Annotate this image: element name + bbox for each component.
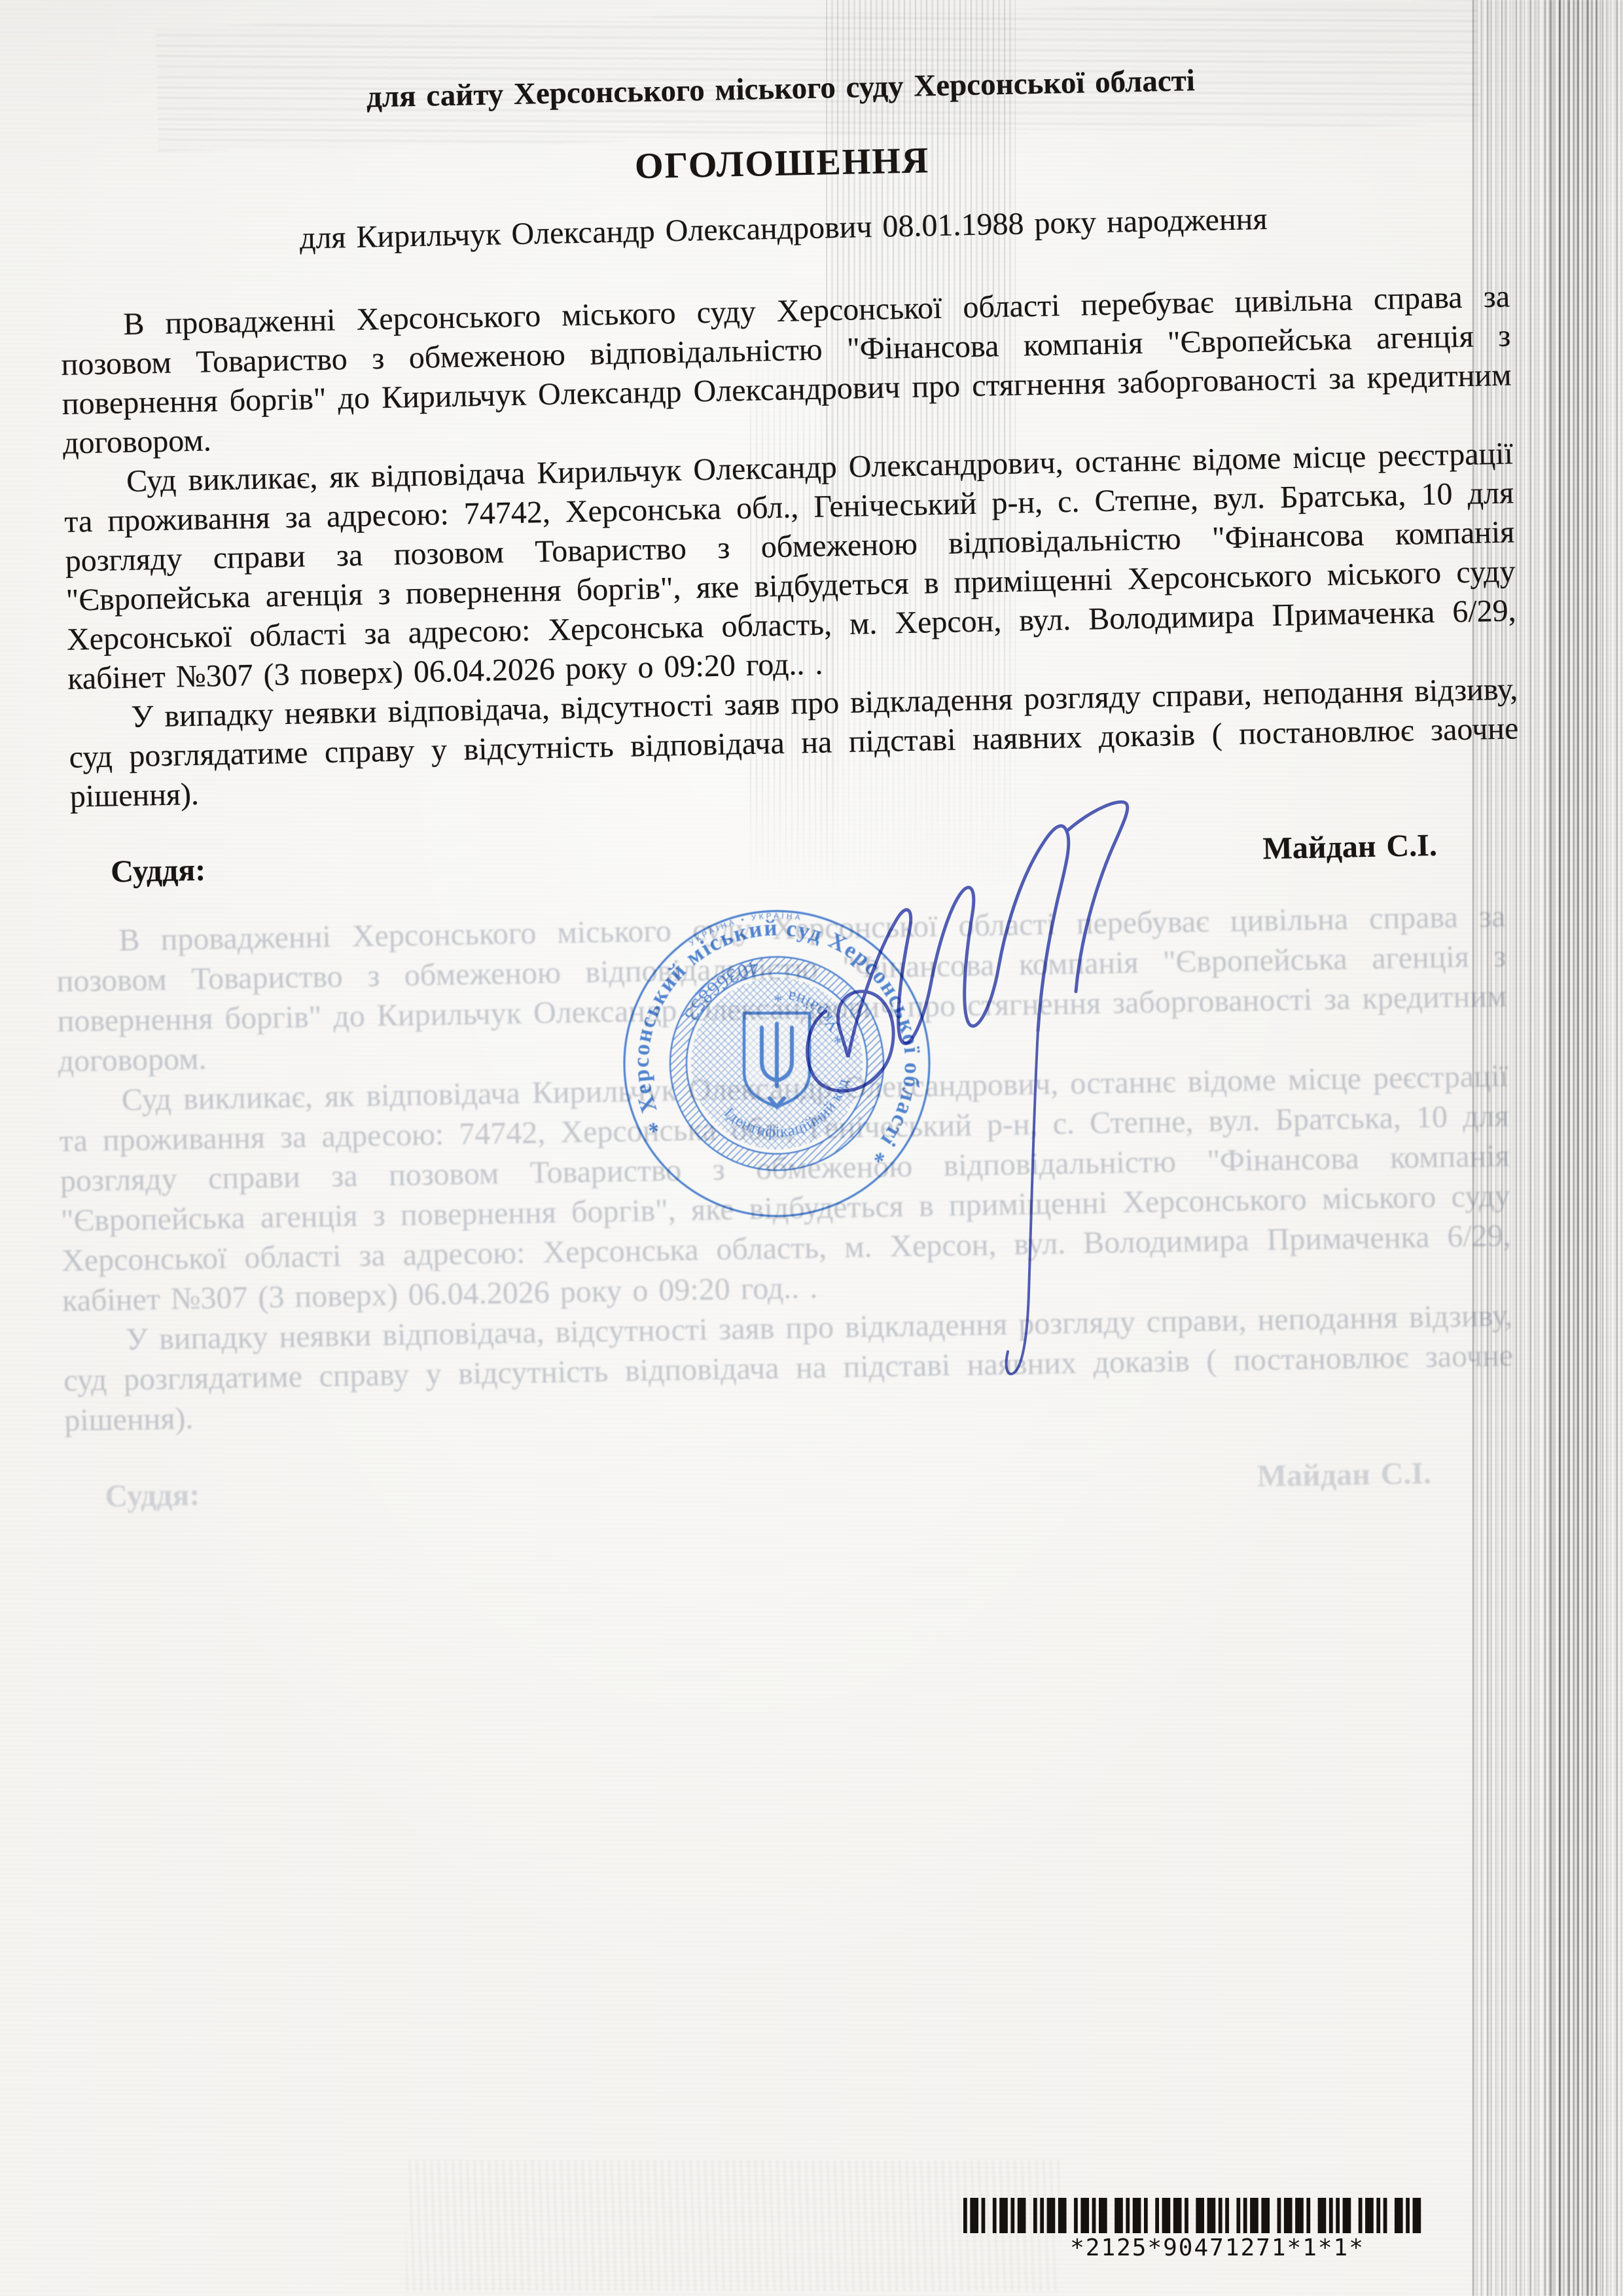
- paragraph-summons: Суд викликає, як відповідача Кирильчук О…: [63, 434, 1518, 698]
- page-title: ОГОЛОШЕННЯ: [57, 130, 1507, 198]
- subtitle: для Кирильчук Олександр Олександрович 08…: [58, 195, 1508, 263]
- scan-smudge-bottom: [406, 2160, 1060, 2291]
- judge-name: Майдан С.І.: [1262, 826, 1437, 869]
- scan-streaks-right-dark: [1550, 0, 1601, 2296]
- barcode: *2125*90471271*1*1*: [963, 2198, 1435, 2261]
- ghost-judge-name: Майдан С.І.: [1257, 1453, 1431, 1496]
- barcode-bars: [963, 2198, 1505, 2233]
- ghost-judge-label: Суддя:: [105, 1475, 200, 1516]
- announcement-body: для сайту Херсонського міського суду Хер…: [56, 55, 1521, 893]
- judge-label: Суддя:: [111, 851, 206, 892]
- barcode-text: *2125*90471271*1*1*: [982, 2234, 1453, 2261]
- scanned-court-document: В провадженні Херсонського міського суду…: [0, 0, 1623, 2296]
- paragraph-case-info: В провадженні Херсонського міського суду…: [60, 277, 1512, 463]
- header-note: для сайту Херсонського міського суду Хер…: [56, 55, 1506, 123]
- ghost-judge-row: Суддя: Майдан С.І.: [65, 1452, 1516, 1517]
- judge-signature: [785, 795, 1204, 1397]
